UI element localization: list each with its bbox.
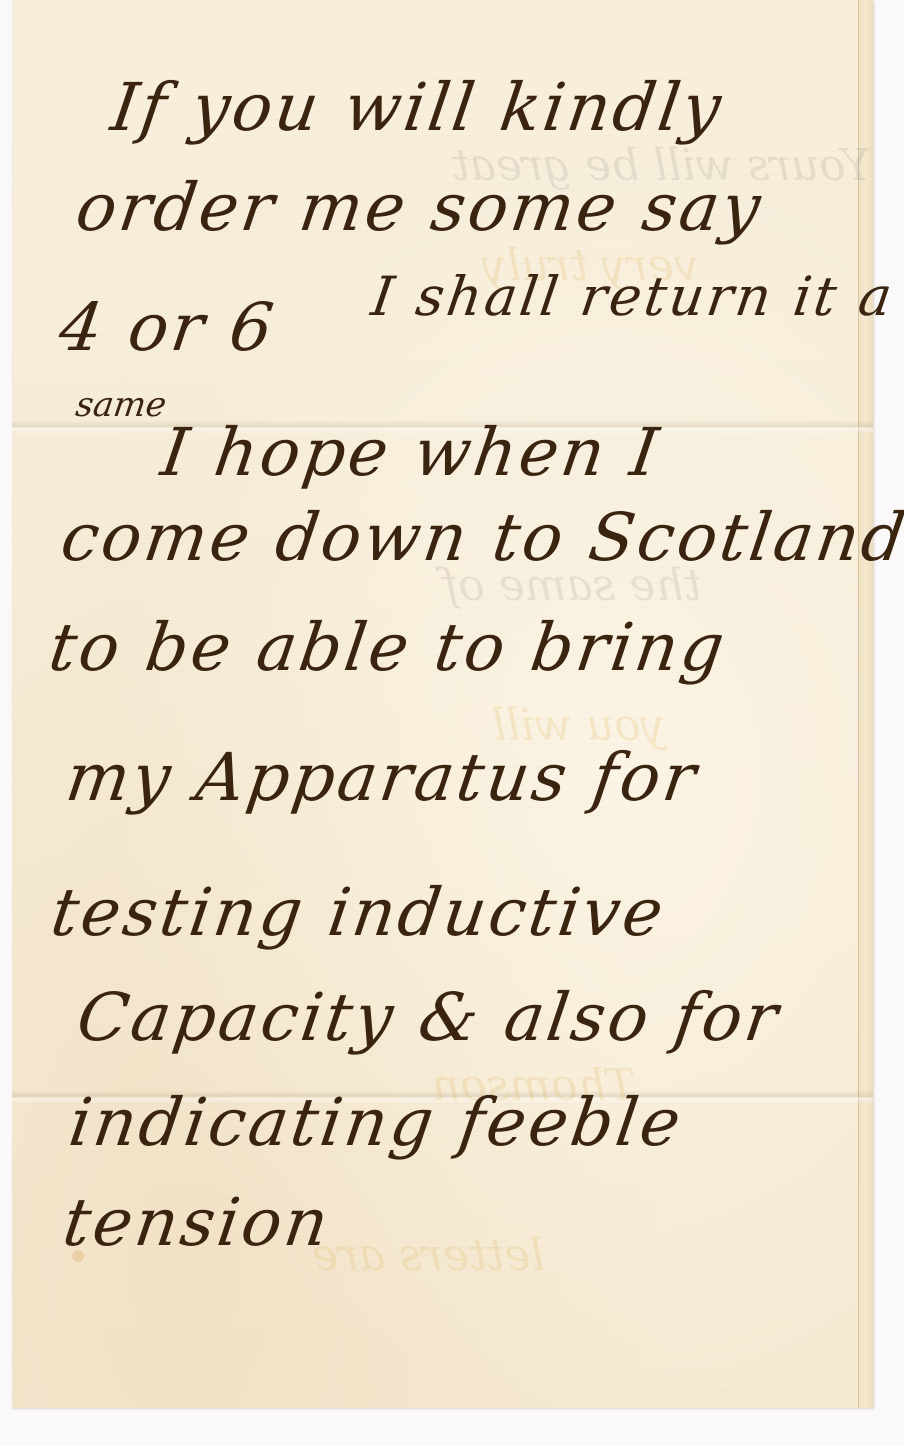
- handwritten-line: tension: [59, 1190, 335, 1256]
- handwritten-line: 4 or 6: [55, 295, 280, 361]
- handwritten-line: same: [74, 388, 169, 422]
- scan-background: Yours will be great very truly the same …: [0, 0, 904, 1446]
- handwritten-line: I shall return it a: [368, 270, 898, 324]
- handwritten-line: to be able to bring: [45, 615, 730, 681]
- handwritten-line: order me some say: [72, 175, 767, 241]
- handwritten-line: my Apparatus for: [62, 745, 702, 811]
- handwritten-line: come down to Scotland: [57, 505, 904, 571]
- handwritten-line: indicating feeble: [65, 1090, 687, 1156]
- vertical-fold-edge: [858, 0, 873, 1408]
- handwritten-line: If you will kindly: [107, 75, 727, 141]
- handwritten-line: I hope when I: [157, 420, 664, 486]
- handwritten-line: Capacity & also for: [73, 985, 784, 1051]
- handwritten-line: testing inductive: [47, 880, 669, 946]
- showthrough-text: letters are: [312, 1230, 544, 1281]
- letter-page: Yours will be great very truly the same …: [12, 0, 873, 1408]
